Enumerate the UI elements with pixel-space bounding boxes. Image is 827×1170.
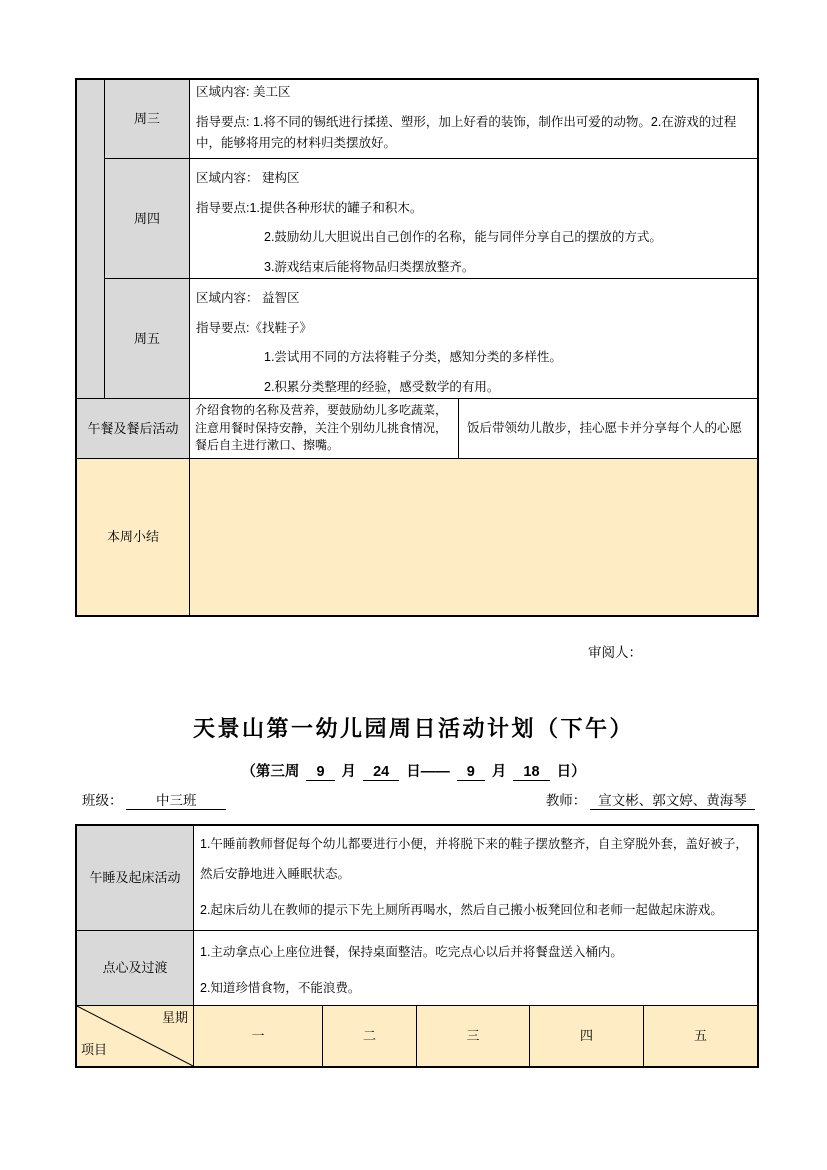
wednesday-guidance-para: 指导要点: 1.将不同的锡纸进行揉搓、塑形，加上好看的装饰，制作出可爱的动物。2…	[196, 112, 751, 154]
thursday-line: 区域内容： 建构区	[196, 164, 751, 194]
row-label-friday: 周五	[105, 279, 190, 399]
corner-week-label: 星期	[162, 1009, 188, 1027]
page-title: 天景山第一幼儿园周日活动计划（下午）	[0, 712, 827, 743]
day-header-fri: 五	[644, 1006, 757, 1066]
day-header-tue: 二	[323, 1006, 417, 1066]
weekly-plan-table-bottom: 午睡及起床活动 1.午睡前教师督促每个幼儿都要进行小便，并将脱下来的鞋子摆放整齐…	[75, 824, 759, 1068]
nap-label: 午睡及起床活动	[89, 869, 180, 887]
thursday-line: 3.游戏结束后能将物品归类摆放整齐。	[196, 253, 751, 280]
lunch-label: 午餐及餐后活动	[87, 420, 178, 438]
row-label-summary: 本周小结	[77, 459, 190, 615]
summary-label: 本周小结	[107, 528, 159, 546]
snack-content-cell: 1.主动拿点心上座位进餐，保持桌面整洁。吃完点心以后并将餐盘送入桶内。 2.知道…	[194, 931, 757, 1006]
row-label-wednesday: 周三	[105, 80, 190, 159]
corner-item-label: 项目	[81, 1041, 107, 1059]
reviewer-label: 审阅人：	[588, 641, 642, 661]
snack-paragraph: 1.主动拿点心上座位进餐，保持桌面整洁。吃完点心以后并将餐盘送入桶内。	[200, 937, 751, 967]
day-header-mon: 一	[194, 1006, 323, 1066]
page-subtitle: （第三周 9 月 24 日—— 9 月 18 日）	[0, 760, 827, 781]
thursday-content-cell: 区域内容： 建构区 指导要点:1.提供各种形状的罐子和积木。 2.鼓励幼儿大胆说…	[190, 159, 757, 279]
summary-content-cell	[190, 459, 757, 615]
wednesday-label: 周三	[134, 110, 160, 128]
row-label-nap: 午睡及起床活动	[77, 826, 194, 931]
row-label-thursday: 周四	[105, 159, 190, 279]
lunch-right-cell: 饭后带领幼儿散步，挂心愿卡并分享每个人的心愿	[459, 399, 757, 459]
friday-line: 指导要点:《找鞋子》	[196, 314, 751, 344]
friday-line: 2.积累分类整理的经验，感受数学的有用。	[196, 373, 751, 400]
subtitle-suffix: 日）	[557, 764, 586, 780]
thursday-label: 周四	[134, 210, 160, 228]
day-start-blank: 24	[363, 764, 399, 781]
document-page: 周三 区域内容: 美工区 指导要点: 1.将不同的锡纸进行揉搓、塑形，加上好看的…	[0, 0, 827, 1170]
weekday-corner-cell: 星期 项目	[77, 1006, 194, 1066]
snack-label: 点心及过渡	[102, 959, 167, 977]
class-teacher-row: 班级： 中三班 教师： 宣文彬、郭文婷、黄海琴	[82, 789, 755, 810]
day-header-thu: 四	[530, 1006, 644, 1066]
day-end-blank: 18	[513, 764, 549, 781]
friday-label: 周五	[134, 330, 160, 348]
wednesday-content-cell: 区域内容: 美工区 指导要点: 1.将不同的锡纸进行揉搓、塑形，加上好看的装饰，…	[190, 80, 757, 159]
row-label-lunch: 午餐及餐后活动	[77, 399, 190, 459]
nap-content-cell: 1.午睡前教师督促每个幼儿都要进行小便，并将脱下来的鞋子摆放整齐，自主穿脱外套，…	[194, 826, 757, 931]
snack-paragraph: 2.知道珍惜食物，不能浪费。	[200, 973, 751, 1003]
thursday-line: 2.鼓励幼儿大胆说出自己创作的名称，能与同伴分享自己的摆放的方式。	[196, 223, 751, 253]
friday-line: 1.尝试用不同的方法将鞋子分类，感知分类的多样性。	[196, 343, 751, 373]
friday-line: 区域内容： 益智区	[196, 284, 751, 314]
nap-paragraph: 2.起床后幼儿在教师的提示下先上厕所再喝水，然后自己搬小板凳回位和老师一起做起床…	[200, 895, 751, 925]
teacher-label: 教师：	[546, 793, 587, 808]
day-header-wed: 三	[417, 1006, 530, 1066]
friday-content-cell: 区域内容： 益智区 指导要点:《找鞋子》 1.尝试用不同的方法将鞋子分类，感知分…	[190, 279, 757, 399]
row-label-snack: 点心及过渡	[77, 931, 194, 1006]
teacher-value: 宣文彬、郭文婷、黄海琴	[590, 789, 755, 810]
class-label: 班级：	[82, 793, 123, 808]
month-start-blank: 9	[306, 764, 334, 781]
class-value: 中三班	[126, 789, 226, 810]
subtitle-dash: 日——	[406, 764, 450, 780]
month-end-blank: 9	[457, 764, 485, 781]
teacher-field: 教师： 宣文彬、郭文婷、黄海琴	[546, 789, 755, 810]
thursday-line: 指导要点:1.提供各种形状的罐子和积木。	[196, 194, 751, 224]
class-field: 班级： 中三班	[82, 789, 226, 810]
subtitle-prefix: （第三周	[241, 764, 299, 780]
merged-spacer-cell	[77, 80, 105, 399]
nap-paragraph: 1.午睡前教师督促每个幼儿都要进行小便，并将脱下来的鞋子摆放整齐，自主穿脱外套，…	[200, 829, 751, 889]
lunch-left-cell: 介绍食物的名称及营养，要鼓励幼儿多吃蔬菜，注意用餐时保持安静，关注个别幼儿挑食情…	[190, 399, 459, 459]
subtitle-month-char2: 月	[492, 764, 507, 780]
wednesday-area-line: 区域内容: 美工区	[196, 84, 751, 101]
subtitle-month-char: 月	[342, 764, 357, 780]
weekly-plan-table-top: 周三 区域内容: 美工区 指导要点: 1.将不同的锡纸进行揉搓、塑形，加上好看的…	[75, 78, 759, 617]
